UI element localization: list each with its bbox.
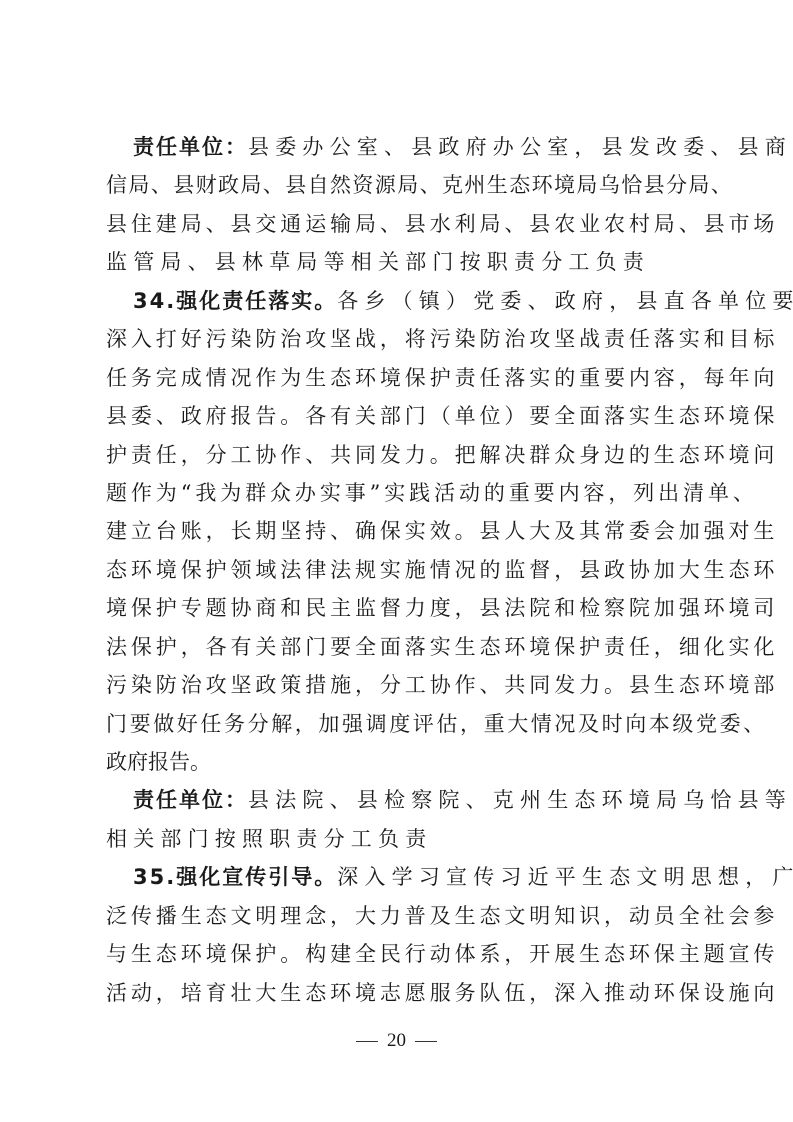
page-number-value: 20 <box>387 1030 406 1051</box>
item-heading-line: 35.强化宣传引导。深入学习宣传习近平生态文明思想，广 <box>106 858 696 896</box>
responsible-units-label: 责任单位： <box>133 788 248 812</box>
text-line: 境保护专题协商和民主监督力度，县法院和检察院加强环境司 <box>106 589 696 627</box>
text-line: 护责任，分工协作、共同发力。把解决群众身边的生态环境问 <box>106 436 696 474</box>
text-line: 污染防治攻坚政策措施，分工协作、共同发力。县生态环境部 <box>106 666 696 704</box>
text-line: 县委、政府报告。各有关部门（单位）要全面落实生态环境保 <box>106 397 696 435</box>
text-line: 建立台账，长期坚持、确保实效。县人大及其常委会加强对生 <box>106 512 696 550</box>
dash-right <box>415 1041 437 1042</box>
text-line: 政府报告。 <box>106 743 696 781</box>
responsible-units-label: 责任单位： <box>133 135 248 159</box>
text-line: 法保护，各有关部门要全面落实生态环境保护责任，细化实化 <box>106 628 696 666</box>
text-line: 态环境保护领域法律法规实施情况的监督，县政协加大生态环 <box>106 551 696 589</box>
item-34-heading: 34.强化责任落实。 <box>133 289 337 313</box>
responsible-units-line: 责任单位：县委办公室、县政府办公室，县发改委、县商 <box>106 128 696 166</box>
item-35-heading: 35.强化宣传引导。 <box>133 865 337 889</box>
responsible-units-line: 责任单位：县法院、县检察院、克州生态环境局乌恰县等 <box>106 781 696 819</box>
text-line: 题作为“我为群众办实事”实践活动的重要内容，列出清单、 <box>106 474 696 512</box>
text-line: 活动，培育壮大生态环境志愿服务队伍，深入推动环保设施向 <box>106 974 696 1012</box>
text-line: 任务完成情况作为生态环境保护责任落实的重要内容，每年向 <box>106 359 696 397</box>
text-line: 信局、县财政局、县自然资源局、克州生态环境局乌恰县分局、 <box>106 166 696 204</box>
item-heading-line: 34.强化责任落实。各乡（镇）党委、政府，县直各单位要 <box>106 282 696 320</box>
page-number: 20 <box>0 1030 793 1052</box>
text-line: 泛传播生态文明理念，大力普及生态文明知识，动员全社会参 <box>106 897 696 935</box>
text-line: 深入打好污染防治攻坚战，将污染防治攻坚战责任落实和目标 <box>106 320 696 358</box>
document-page: 责任单位：县委办公室、县政府办公室，县发改委、县商 信局、县财政局、县自然资源局… <box>0 0 793 1122</box>
text-line: 门要做好任务分解，加强调度评估，重大情况及时向本级党委、 <box>106 705 696 743</box>
text-line: 县住建局、县交通运输局、县水利局、县农业农村局、县市场 <box>106 205 696 243</box>
text-line: 监管局、县林草局等相关部门按职责分工负责 <box>106 243 696 281</box>
dash-left <box>356 1041 378 1042</box>
text-line: 相关部门按照职责分工负责 <box>106 820 696 858</box>
document-body: 责任单位：县委办公室、县政府办公室，县发改委、县商 信局、县财政局、县自然资源局… <box>106 128 696 1012</box>
text-line: 与生态环境保护。构建全民行动体系，开展生态环保主题宣传 <box>106 935 696 973</box>
